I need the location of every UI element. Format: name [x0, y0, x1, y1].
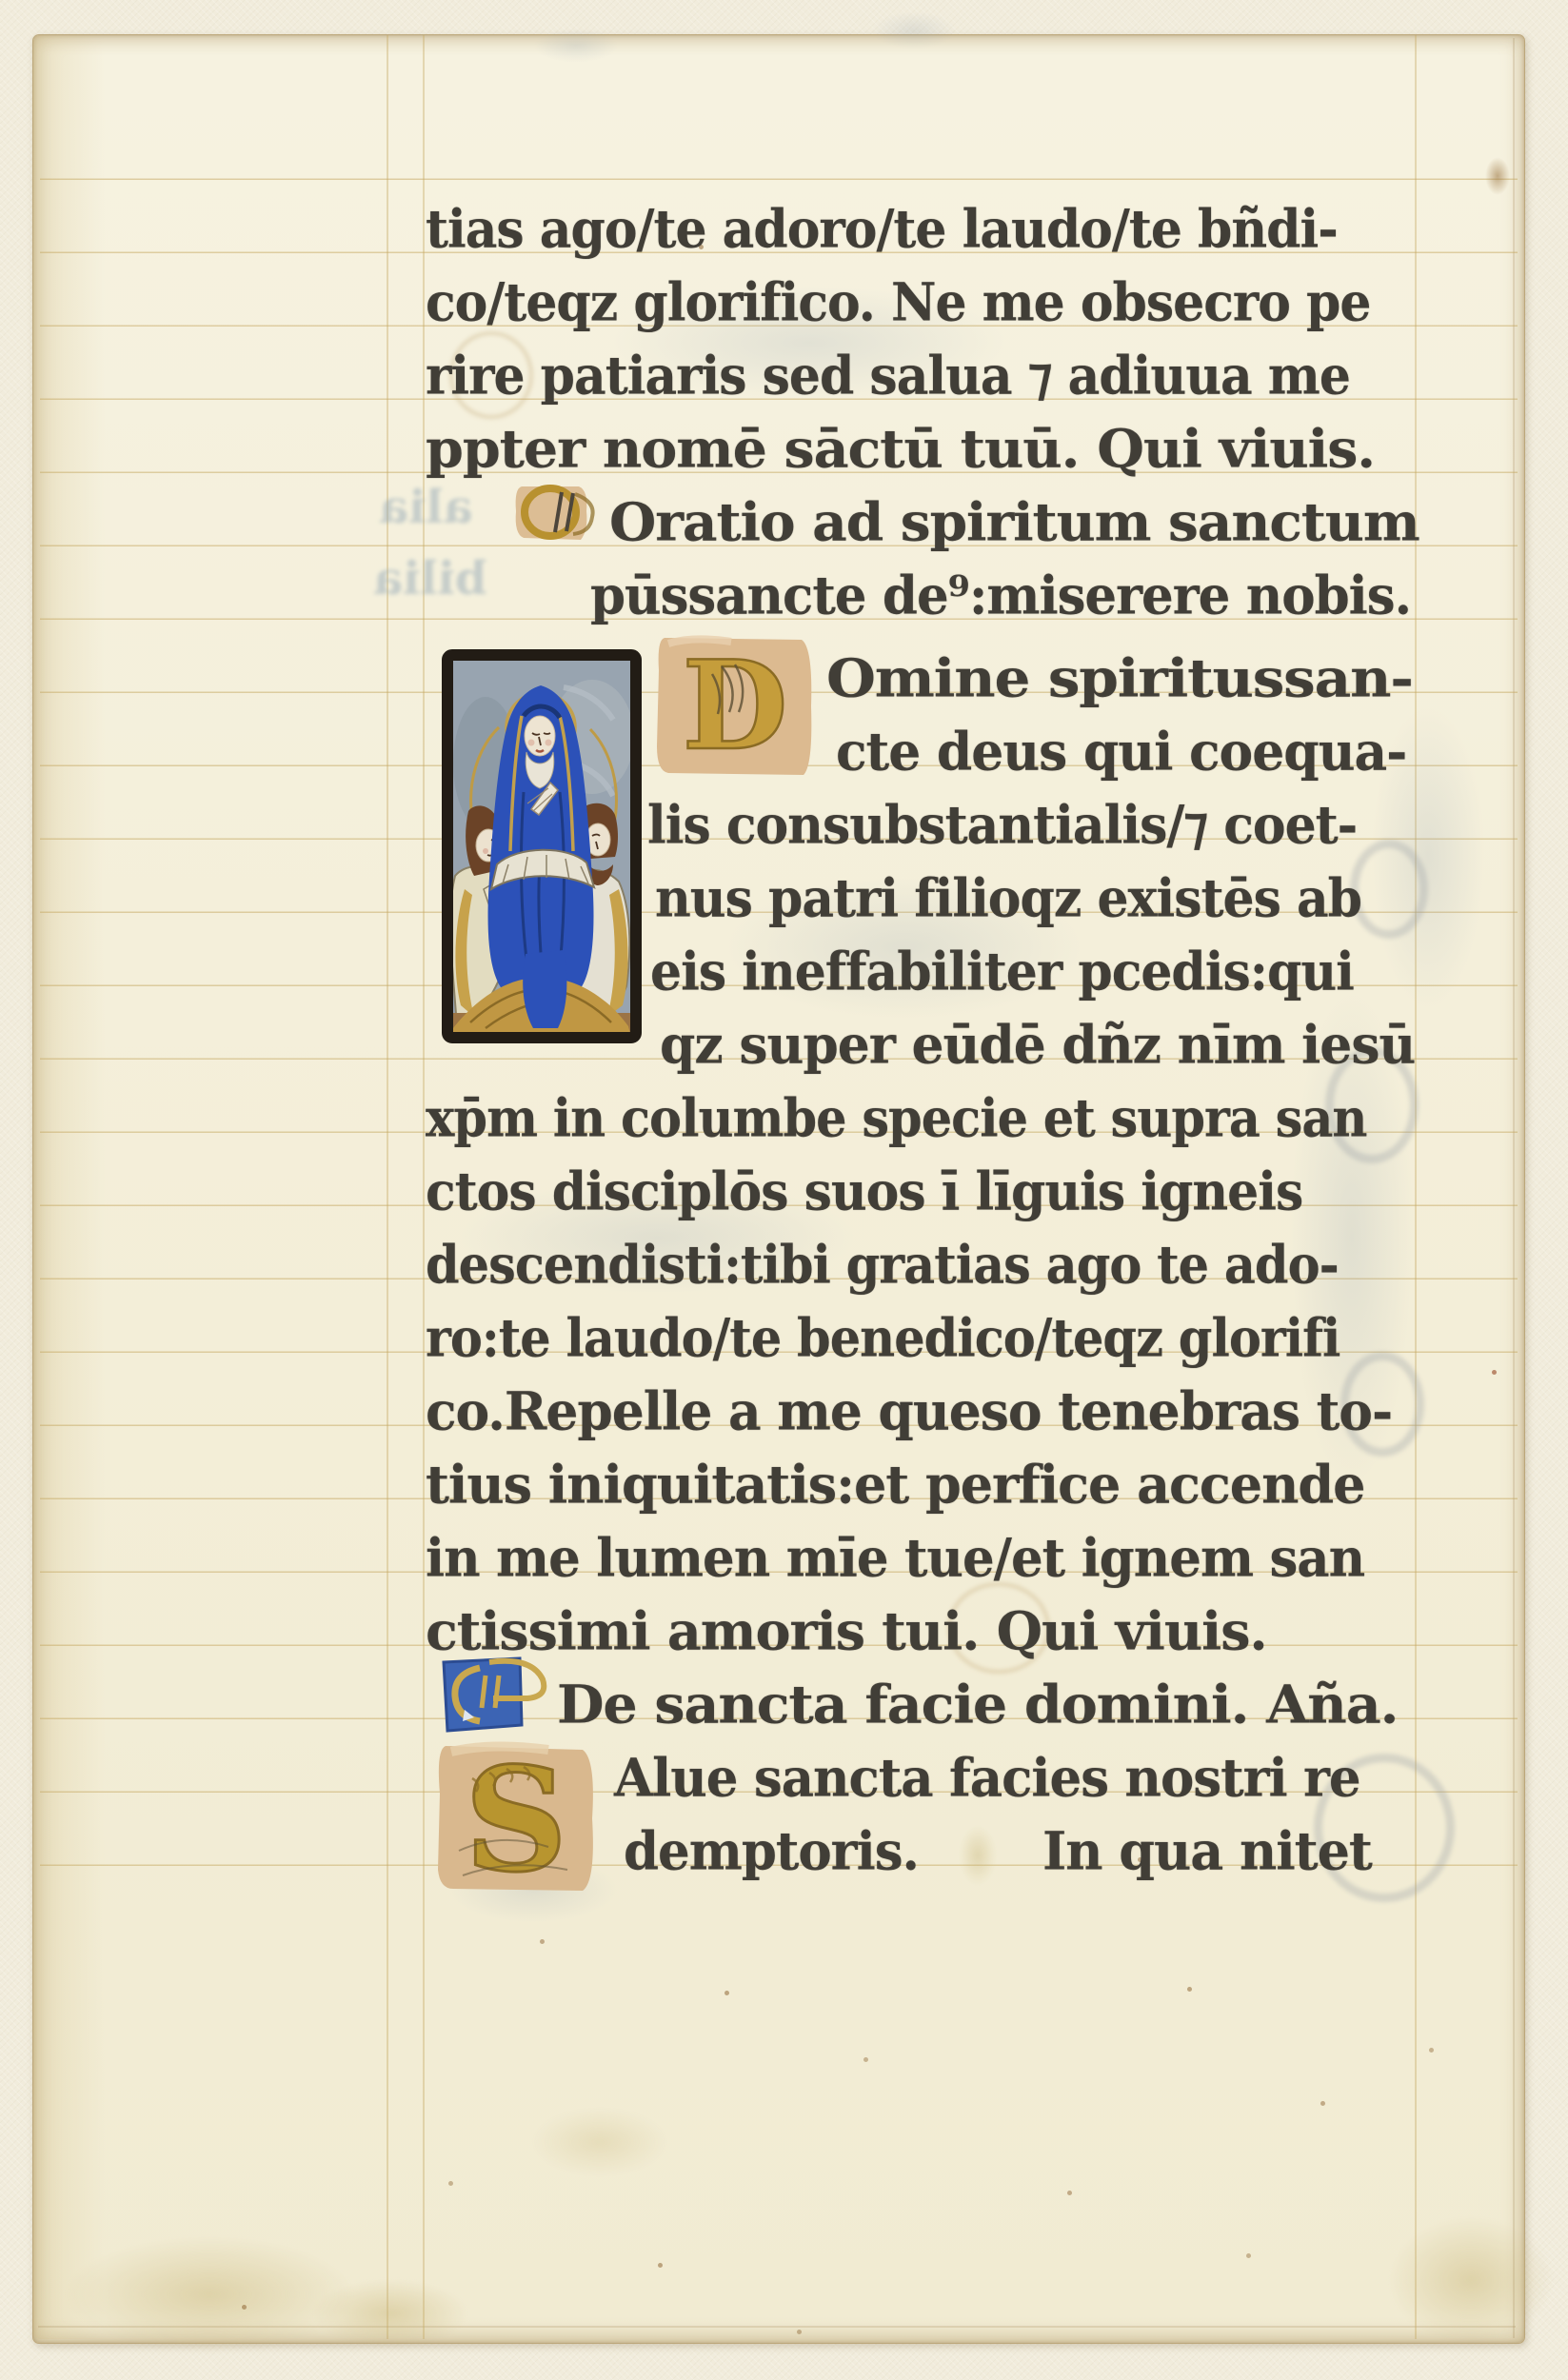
illuminated-initial-s: S — [434, 1736, 600, 1894]
ink-showthrough — [533, 29, 619, 63]
text-line: demptoris. — [624, 1813, 919, 1892]
text-line-rubric: pūssancte de⁹:miserere nobis. — [590, 557, 1411, 636]
text-line: ppter nomē sāctū tuū. Qui viuis. — [426, 410, 1375, 489]
text-line-rubric: Oratio ad spiritum sanctum — [609, 484, 1419, 563]
water-stain — [314, 2280, 466, 2347]
pigment-smear — [960, 1826, 996, 1885]
text-line: co.Repelle a me queso tenebras to- — [426, 1373, 1392, 1452]
text-line: cte deus qui coequa- — [836, 713, 1406, 792]
vertical-ruling-outer-left — [387, 35, 388, 2339]
text-line: in me lumen mīe tue/et ignem san — [426, 1519, 1364, 1598]
text-line: qz super eūdē dñz nīm iesū — [660, 1006, 1415, 1085]
text-line: rire patiaris sed salua ⁊ adiuua me — [426, 337, 1350, 416]
water-stain — [67, 2237, 352, 2351]
leaf-gutter-discoloration — [33, 35, 105, 2339]
foxing-speckles — [0, 0, 3, 3]
text-line: co/teqz glorifico. Ne me obsecro pe — [426, 264, 1370, 343]
text-line: Omine spiritussan- — [826, 640, 1413, 719]
text-line: xp̄m in columbe specie et supra san — [426, 1080, 1367, 1159]
water-stain — [533, 2109, 666, 2175]
text-line: ctissimi amoris tui. Qui viuis. — [426, 1593, 1267, 1672]
text-line: ctos disciplōs suos ī līguis igneis — [426, 1153, 1302, 1232]
text-line: lis consubstantialis/⁊ coet- — [647, 786, 1357, 865]
vertical-ruling-right — [1415, 35, 1417, 2339]
text-line: In qua nitet — [1042, 1813, 1372, 1892]
illuminated-initial-d: D — [655, 632, 817, 779]
text-line-rubric: De sancta facie domini. Aña. — [557, 1666, 1398, 1745]
text-line: Alue sancta facies nostri re — [614, 1739, 1360, 1818]
text-line: tias ago/te adoro/te laudo/te bñdi- — [426, 190, 1338, 269]
ink-showthrough — [871, 11, 957, 50]
edge-spot — [1485, 157, 1510, 195]
vertical-ruling-left — [423, 35, 425, 2339]
manuscript-photo: { "document": { "kind": "Book of Hours p… — [0, 0, 1568, 2380]
water-stain — [1390, 2218, 1552, 2342]
text-line: tius iniquitatis:et perfice accende — [426, 1446, 1364, 1525]
text-line: descendisti:tibi gratias ago te ado- — [426, 1226, 1339, 1305]
verso-showthrough-text: bilia — [373, 552, 486, 605]
text-line: eis ineffabiliter pcedis:qui — [650, 933, 1354, 1012]
verso-showthrough-letter — [1350, 840, 1428, 939]
miniature-virgin-and-figures — [442, 649, 642, 1043]
initial-letter-d: D — [683, 635, 788, 778]
text-line: ro:te laudo/te benedico/teqz glorifi — [426, 1299, 1340, 1378]
leaf-right-edge-line — [1513, 38, 1515, 2338]
text-line: nus patri filioqz existēs ab — [655, 860, 1361, 939]
